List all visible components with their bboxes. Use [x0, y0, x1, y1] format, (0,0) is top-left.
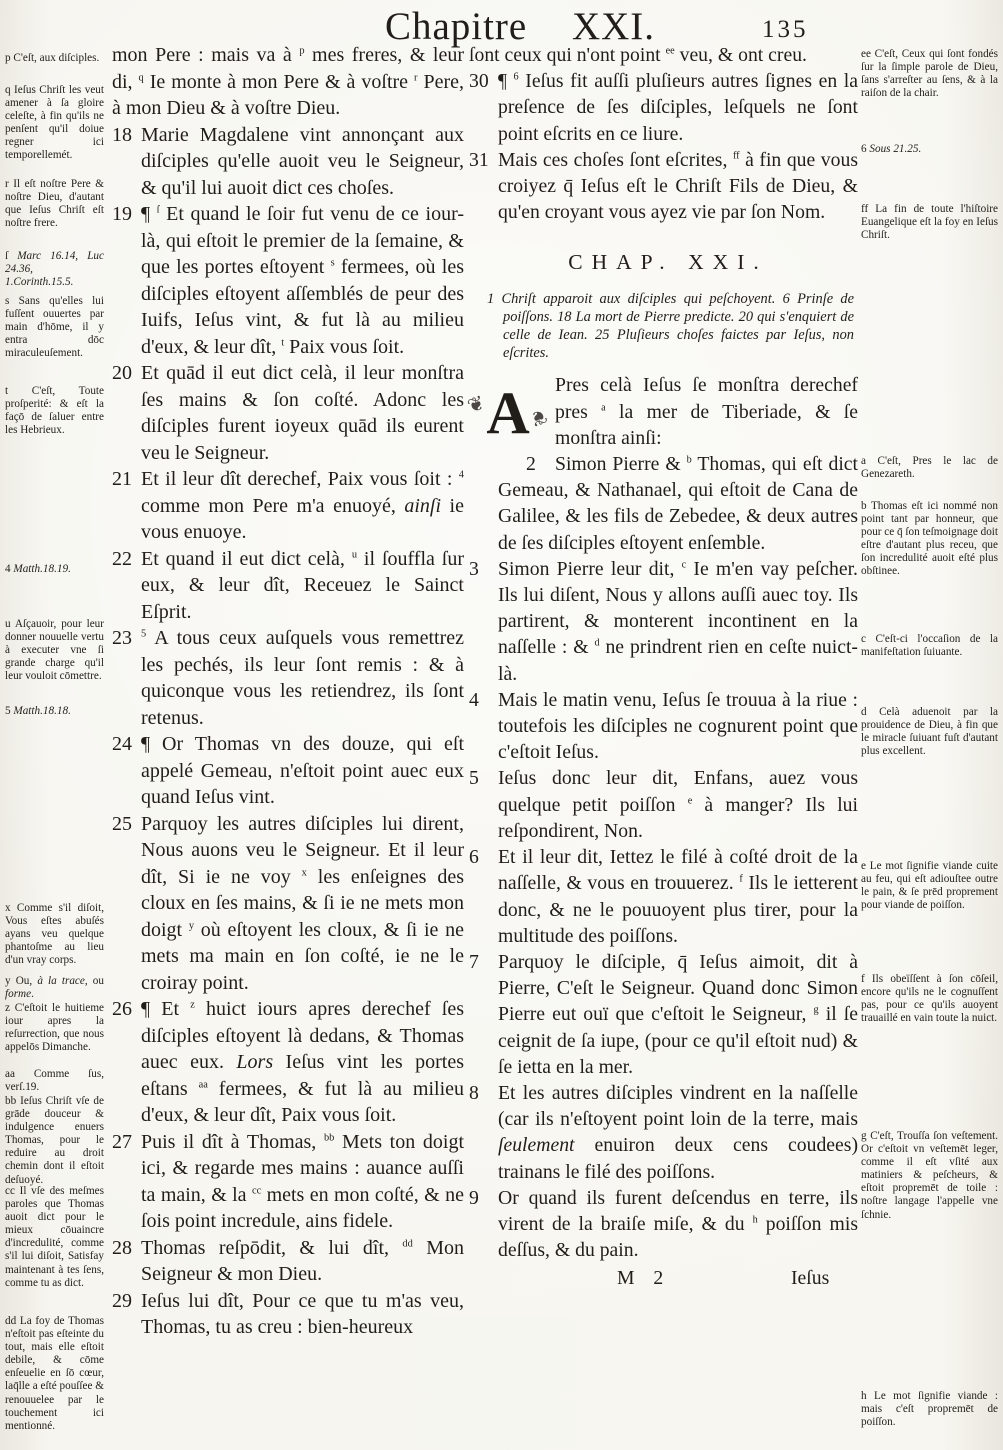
- verse-paragraph: 235 A tous ceux auſquels vous remettrez …: [112, 625, 464, 731]
- note-reference-mark: d: [594, 638, 599, 649]
- note-reference-mark: y: [189, 920, 194, 931]
- verse-paragraph: 7Parquoy le diſciple, q̄ Ieſus aimoit, d…: [469, 949, 858, 1080]
- margin-note: t C'eſt, Toute proſperité: & eſt la façō…: [5, 385, 104, 437]
- signature-mark: M 2: [617, 1265, 670, 1291]
- note-reference-mark: 4: [459, 469, 464, 480]
- note-reference-mark: dd: [402, 1238, 412, 1249]
- verse-number: 31: [469, 147, 498, 173]
- verse-number: 30: [469, 68, 498, 94]
- verse-number: 6: [469, 844, 498, 870]
- verse-paragraph: 26¶ Et z huict iours apres derechef ſes …: [112, 996, 464, 1129]
- note-reference-mark: e: [688, 795, 693, 806]
- verse-number: 3: [469, 556, 498, 582]
- margin-note: p C'eſt, aux diſciples.: [5, 52, 104, 65]
- catchword-line: M 2Ieſus: [469, 1265, 858, 1295]
- margin-note: b Thomas eſt ici nommé non point tant pa…: [861, 500, 998, 579]
- note-reference-mark: ff: [733, 150, 740, 161]
- margin-note: z C'eſtoit le huitieme iour apres la reſ…: [5, 1002, 104, 1054]
- margin-note: aa Comme ſus, verſ.19.: [5, 1068, 104, 1094]
- margin-note: 5 Matth.18.18.: [5, 705, 104, 718]
- verse-paragraph: 21Et il leur dît derechef, Paix vous ſoi…: [112, 466, 464, 546]
- note-reference-mark: s: [331, 257, 335, 268]
- verse-continuation: mon Pere : mais va à p mes freres, & leu…: [112, 42, 464, 122]
- margin-note: cc Il vſe des meſmes paroles que Thomas …: [5, 1185, 104, 1290]
- right-text-column: ſont ceux qui n'ont point ee veu, & ont …: [469, 42, 858, 1444]
- chapter-argument: 1 Chriſt apparoit aux diſciples qui peſc…: [469, 290, 854, 363]
- margin-note: d Celà aduenoit par la prouidence de Die…: [861, 706, 998, 758]
- margin-note: y Ou, à la trace, ou forme.: [5, 975, 104, 1001]
- verse-number: 29: [112, 1288, 141, 1315]
- verse-paragraph: 2Simon Pierre & b Thomas, qui eſt dict G…: [469, 451, 858, 556]
- verse-number: 22: [112, 546, 141, 573]
- verse-paragraph: 30¶ 6 Ieſus fit auſſi pluſieurs autres ſ…: [469, 68, 858, 147]
- margin-note: q Ieſus Chriſt les veut amener à ſa gloi…: [5, 84, 104, 163]
- chapter-heading: CHAP. XXI.: [469, 249, 858, 275]
- verse-paragraph: 9Or quand ils furent deſcendus en terre,…: [469, 1185, 858, 1264]
- verse-paragraph: 31Mais ces choſes ſont eſcrites, ff à fi…: [469, 147, 858, 226]
- margin-note: ff La fin de toute l'hiſtoire Euangeliqu…: [861, 203, 998, 242]
- margin-note: h Le mot ſignifie viande : mais c'eſt pr…: [861, 1390, 998, 1429]
- verse-number: 18: [112, 122, 141, 149]
- note-reference-mark: 5: [141, 628, 146, 639]
- verse-number: 20: [112, 360, 141, 387]
- scanned-bible-page: Chapitre XXI. 135 p C'eſt, aux diſciples…: [0, 0, 1003, 1450]
- note-reference-mark: ee: [666, 45, 675, 56]
- verse-paragraph: 25Parquoy les autres diſciples lui diren…: [112, 811, 464, 997]
- verse-paragraph: 24¶ Or Thomas vn des douze, qui eſt appe…: [112, 731, 464, 811]
- note-reference-mark: u: [352, 549, 357, 560]
- verse-number: 9: [469, 1185, 498, 1211]
- note-reference-mark: ſ: [157, 204, 160, 215]
- margin-note: u Aſçauoir, pour leur donner nouuelle ve…: [5, 618, 104, 683]
- margin-note: s Sans qu'elles lui fuſſent ouuertes par…: [5, 295, 104, 360]
- verse-paragraph: 6Et il leur dit, Iettez le filé à coſté …: [469, 844, 858, 949]
- verse-number: 5: [469, 765, 498, 791]
- note-reference-mark: b: [687, 454, 692, 465]
- note-reference-mark: q: [139, 72, 144, 83]
- margin-note: dd La foy de Thomas n'eſtoit pas eſteint…: [5, 1315, 104, 1433]
- verse-paragraph: 4Mais le matin venu, Ieſus ſe trouua à l…: [469, 687, 858, 766]
- verse-paragraph: 19¶ ſ Et quand le ſoir fut venu de ce io…: [112, 201, 464, 360]
- note-reference-mark: t: [281, 337, 284, 348]
- chapter-opening-paragraph: APres celà Ieſus ſe monſtra derechef pre…: [469, 372, 858, 451]
- margin-note: c C'eſt-ci l'occaſion de la manifeſtatio…: [861, 633, 998, 659]
- note-reference-mark: x: [302, 867, 307, 878]
- verse-number: 25: [112, 811, 141, 838]
- verse-number: 28: [112, 1235, 141, 1262]
- note-reference-mark: p: [299, 45, 304, 56]
- note-reference-mark: a: [601, 402, 606, 413]
- margin-note: ee C'eſt, Ceux qui ſont fondés ſur la ſi…: [861, 48, 998, 100]
- note-reference-mark: f: [739, 874, 742, 885]
- verse-paragraph: 29Ieſus lui dît, Pour ce que tu m'as veu…: [112, 1288, 464, 1341]
- note-reference-mark: c: [682, 559, 687, 570]
- verse-number: 4: [469, 687, 498, 713]
- left-margin-notes: p C'eſt, aux diſciples.q Ieſus Chriſt le…: [5, 0, 104, 1450]
- verse-number: 19: [112, 201, 141, 228]
- page-number: 135: [762, 16, 809, 44]
- verse-paragraph: 27Puis il dît à Thomas, bb Mets ton doig…: [112, 1129, 464, 1235]
- verse-paragraph: 20Et quād il eut dict celà, il leur monſ…: [112, 360, 464, 466]
- margin-note: r Il eſt noſtre Pere & noſtre Dieu, d'au…: [5, 178, 104, 230]
- verse-number: 26: [112, 996, 141, 1023]
- verse-continuation: ſont ceux qui n'ont point ee veu, & ont …: [469, 42, 858, 68]
- note-reference-mark: 6: [514, 72, 519, 83]
- left-text-column: mon Pere : mais va à p mes freres, & leu…: [112, 42, 464, 1444]
- margin-note: a C'eſt, Pres le lac de Genezareth.: [861, 455, 998, 481]
- margin-note: x Comme s'il diſoit, Vous eſtes abuſés a…: [5, 902, 104, 967]
- margin-note: g C'eſt, Trouſſa ſon veſtement. Or c'eſt…: [861, 1130, 998, 1222]
- catchword: Ieſus: [791, 1265, 829, 1291]
- margin-note: e Le mot ſignifie viande cuite au feu, q…: [861, 860, 998, 912]
- verse-number: 27: [112, 1129, 141, 1156]
- right-margin-notes: ee C'eſt, Ceux qui ſont fondés ſur la ſi…: [861, 0, 998, 1450]
- note-reference-mark: cc: [252, 1185, 261, 1196]
- verse-paragraph: 5Ieſus donc leur dit, Enfans, auez vous …: [469, 765, 858, 844]
- verse-number: 7: [469, 949, 498, 975]
- note-reference-mark: r: [414, 72, 417, 83]
- verse-paragraph: 28Thomas reſpōdit, & lui dît, dd Mon Sei…: [112, 1235, 464, 1288]
- verse-paragraph: 3Simon Pierre leur dit, c Ie m'en vay pe…: [469, 556, 858, 687]
- note-reference-mark: bb: [324, 1132, 334, 1143]
- margin-note: ſ Marc 16.14, Luc 24.36, 1.Corinth.15.5.: [5, 250, 104, 289]
- margin-note: 6 Sous 21.25.: [861, 143, 998, 156]
- verse-number: 21: [112, 466, 141, 493]
- verse-number: 24: [112, 731, 141, 758]
- note-reference-mark: z: [190, 999, 195, 1010]
- note-reference-mark: aa: [199, 1079, 208, 1090]
- note-reference-mark: g: [814, 1005, 819, 1016]
- margin-note: bb Ieſus Chriſt vſe de grāde douceur & i…: [5, 1095, 104, 1187]
- verse-paragraph: 8Et les autres diſciples vindrent en la …: [469, 1080, 858, 1185]
- verse-paragraph: 22Et quand il eut dict celà, u il ſouffl…: [112, 546, 464, 626]
- verse-number: 23: [112, 625, 141, 652]
- note-reference-mark: h: [753, 1214, 758, 1225]
- drop-cap-initial: A: [469, 377, 547, 451]
- verse-number: 8: [469, 1080, 498, 1106]
- margin-note: f Ils obeïſſent à ſon cōſeil, encore qu'…: [861, 973, 998, 1025]
- verse-number: 2: [526, 451, 555, 477]
- verse-paragraph: 18Marie Magdalene vint annonçant aux diſ…: [112, 122, 464, 202]
- margin-note: 4 Matth.18.19.: [5, 563, 104, 576]
